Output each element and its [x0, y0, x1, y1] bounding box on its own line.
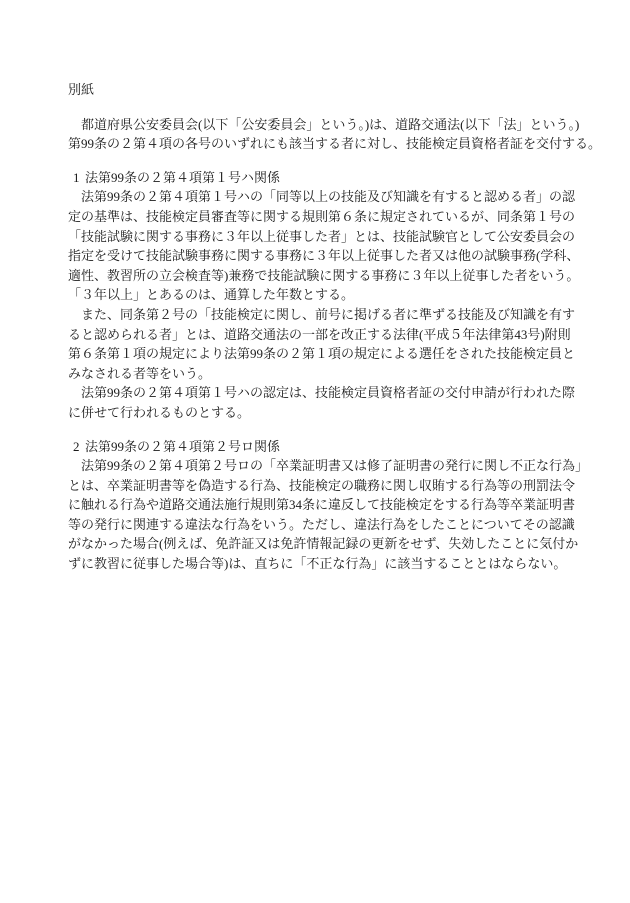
text-line: に併せて行われるものとする。	[68, 403, 630, 423]
text-line: 「技能試験に関する事務に３年以上従事した者」とは、技能試験官として公安委員会の	[68, 227, 630, 247]
text-line: 定の基準は、技能検定員審査等に関する規則第６条に規定されているが、同条第１号の	[68, 207, 630, 227]
section-1-number: 1	[68, 168, 85, 188]
text-line: 法第99条の２第４項第２号ロの「卒業証明書又は修了証明書の発行に関し不正な行為」	[68, 456, 630, 476]
section-1-heading-text: 法第99条の２第４項第１号ハ関係	[85, 170, 280, 185]
text-line: 第６条第１項の規定により法第99条の２第１項の規定による選任をされた技能検定員と	[68, 344, 630, 364]
text-line: ずに教習に従事した場合等)は、直ちに「不正な行為」に該当することとはならない。	[68, 554, 630, 574]
text-line: みなされる者等をいう。	[68, 364, 630, 384]
section-2: 2法第99条の２第４項第２号ロ関係 法第99条の２第４項第２号ロの「卒業証明書又…	[68, 437, 630, 574]
section-1: 1法第99条の２第４項第１号ハ関係 法第99条の２第４項第１号ハの「同等以上の技…	[68, 168, 630, 423]
text-line: 「３年以上」とあるのは、通算した年数とする。	[68, 285, 630, 305]
section-2-heading-text: 法第99条の２第４項第２号ロ関係	[85, 439, 280, 454]
text-line: に触れる行為や道路交通法施行規則第34条に違反して技能検定をする行為等卒業証明書	[68, 495, 630, 515]
intro-paragraph: 都道府県公安委員会(以下「公安委員会」という。)は、道路交通法(以下「法」という…	[68, 115, 630, 154]
section-1-heading: 1法第99条の２第４項第１号ハ関係	[68, 168, 630, 188]
section-2-number: 2	[68, 437, 85, 457]
text-line: がなかった場合(例えば、免許証又は免許情報記録の更新をせず、失効したことに気付か	[68, 534, 630, 554]
document-page: 別紙 都道府県公安委員会(以下「公安委員会」という。)は、道路交通法(以下「法」…	[0, 0, 630, 903]
text-line: 等の発行に関連する違法な行為をいう。ただし、違法行為をしたことについてその認識	[68, 515, 630, 535]
text-line: 第99条の２第４項の各号のいずれにも該当する者に対し、技能検定員資格者証を交付す…	[68, 134, 630, 154]
page-title: 別紙	[68, 80, 630, 100]
text-line: 都道府県公安委員会(以下「公安委員会」という。)は、道路交通法(以下「法」という…	[68, 115, 630, 135]
text-line: 指定を受けて技能試験事務に関する事務に３年以上従事した者又は他の試験事務(学科、	[68, 246, 630, 266]
text-line: ると認められる者」とは、道路交通法の一部を改正する法律(平成５年法律第43号)附…	[68, 325, 630, 345]
text-line: 適性、教習所の立会検査等)兼務で技能試験に関する事務に３年以上従事した者をいう。	[68, 266, 630, 286]
text-line: 法第99条の２第４項第１号ハの認定は、技能検定員資格者証の交付申請が行われた際	[68, 383, 630, 403]
text-line: とは、卒業証明書等を偽造する行為、技能検定の職務に関し収賄する行為等の刑罰法令	[68, 476, 630, 496]
text-line: また、同条第２号の「技能検定に関し、前号に掲げる者に準ずる技能及び知識を有す	[68, 305, 630, 325]
section-2-heading: 2法第99条の２第４項第２号ロ関係	[68, 437, 630, 457]
text-line: 法第99条の２第４項第１号ハの「同等以上の技能及び知識を有すると認める者」の認	[68, 187, 630, 207]
